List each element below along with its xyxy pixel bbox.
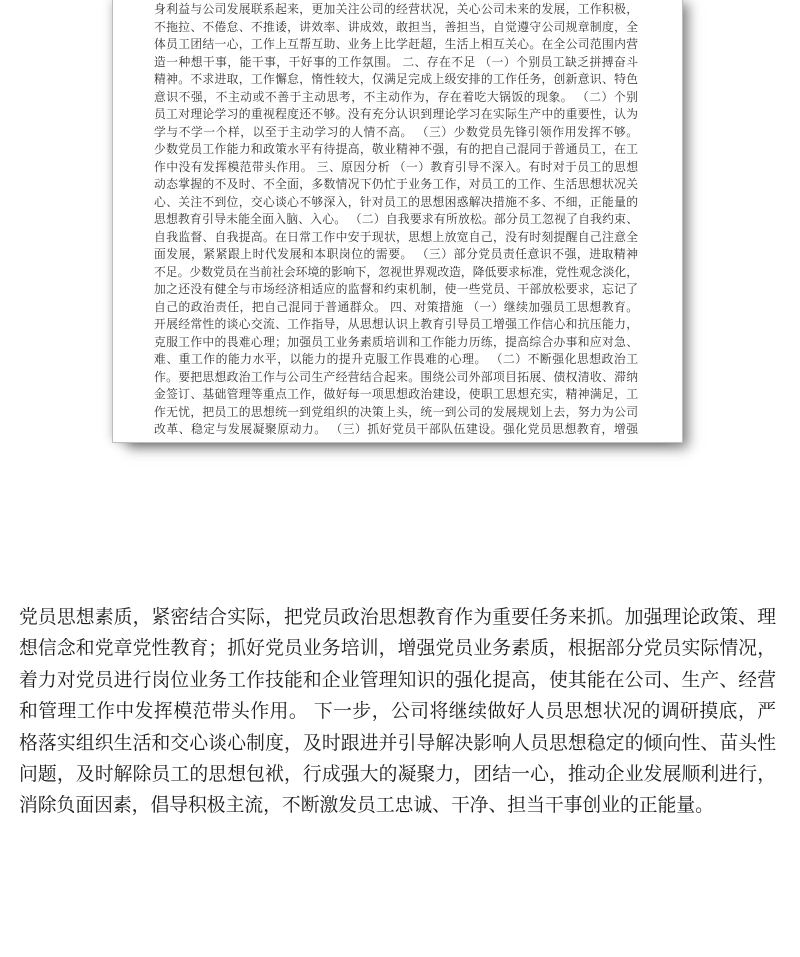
page-text-line: 思想教育引导未能全面入脑、入心。 （二）自我要求有所放松。部分员工忽视了自我约束… (154, 211, 638, 229)
body-text-line: 着力对党员进行岗位业务工作技能和企业管理知识的强化提高，使其能在公司、生产、经营 (19, 664, 776, 695)
body-text-line: 格落实组织生活和交心谈心制度，及时跟进并引导解决影响人员思想稳定的倾向性、苗头性 (19, 727, 776, 758)
page-text-line: 身利益与公司发展联系起来，更加关注公司的经营状况，关心公司未来的发展，工作积极， (154, 1, 638, 19)
page-text-line: 不拖拉、不倦怠、不推诿，讲效率、讲成效，敢担当，善担当，自觉遵守公司规章制度，全 (154, 19, 638, 37)
document-viewer: 身利益与公司发展联系起来，更加关注公司的经营状况，关心公司未来的发展，工作积极，… (0, 0, 800, 957)
page-text-line: 学与不学一个样，以至于主动学习的人情不高。 （三）少数党员先锋引领作用发挥不够。 (154, 124, 638, 142)
page-text-line: 心、关注不到位，交心谈心不够深入，针对员工的思想困惑解决措施不多、不细，正能量的 (154, 194, 638, 212)
page-text-line: 难、重工作的能力水平，以能力的提升克服工作畏难的心理。 （二）不断强化思想政治工 (154, 351, 638, 369)
page-text-line: 面发展，紧紧跟上时代发展和本职岗位的需要。 （三）部分党员责任意识不强，进取精神 (154, 246, 638, 264)
body-text-line: 消除负面因素，倡导积极主流，不断激发员工忠诚、干净、担当干事创业的正能量。 (19, 789, 776, 820)
page-text-line: 不足。少数党员在当前社会环境的影响下，忽视世界观改造，降低要求标准，党性观念淡化… (154, 264, 638, 282)
page-text-line: 自我监督、自我提高。在日常工作中安于现状，思想上放宽自己，没有时刻提醒自己注意全 (154, 229, 638, 247)
page-text-line: 少数党员工作能力和政策水平有待提高，敬业精神不强，有的把自己混同于普通员工，在工 (154, 141, 638, 159)
page-text-line: 自己的政治责任，把自己混同于普通群众。 四、对策措施 （一）继续加强员工思想教育… (154, 299, 638, 317)
document-body-text: 党员思想素质，紧密结合实际，把党员政治思想教育作为重要任务来抓。加强理论政策、理… (19, 601, 776, 821)
page-text-line: 改革、稳定与发展凝聚原动力。 （三）抓好党员干部队伍建设。强化党员思想教育，增强 (154, 421, 638, 439)
body-text-line: 和管理工作中发挥模范带头作用。 下一步，公司将继续做好人员思想状况的调研摸底，严 (19, 695, 776, 726)
page-text-line: 作无忧，把员工的思想统一到党组织的决策上头，统一到公司的发展规划上去，努力为公司 (154, 404, 638, 422)
document-page-preview: 身利益与公司发展联系起来，更加关注公司的经营状况，关心公司未来的发展，工作积极，… (112, 0, 683, 443)
page-text-line: 员工对理论学习的重视程度还不够。没有充分认识到理论学习在实际生产中的重要性，认为 (154, 106, 638, 124)
body-text-line: 问题，及时解除员工的思想包袱，行成强大的凝聚力，团结一心，推动企业发展顺利进行， (19, 758, 776, 789)
page-text-line: 作中没有发挥模范带头作用。 三、原因分析 （一）教育引导不深入。有时对于员工的思… (154, 159, 638, 177)
page-text-line: 动态掌握的不及时、不全面，多数情况下仍忙于业务工作，对员工的工作、生活思想状况关 (154, 176, 638, 194)
page-text-line: 金签订、基础管理等重点工作，做好每一项思想政治建设，使职工思想充实，精神满足，工 (154, 386, 638, 404)
page-text-line: 作。要把思想政治工作与公司生产经营结合起来。围绕公司外部项目拓展、债权清收、滞纳 (154, 369, 638, 387)
body-text-line: 想信念和党章党性教育；抓好党员业务培训，增强党员业务素质，根据部分党员实际情况， (19, 632, 776, 663)
page-text-line: 开展经常性的谈心交流、工作指导，从思想认识上教育引导员工增强工作信心和抗压能力， (154, 316, 638, 334)
page-text-line: 体员工团结一心，工作上互帮互助、业务上比学赶超，生活上相互关心。在全公司范围内营 (154, 36, 638, 54)
page-text-line: 造一种想干事，能干事，干好事的工作氛围。 二、存在不足 （一）个别员工缺乏拼搏奋… (154, 54, 638, 72)
page-text-line: 意识不强，不主动或不善于主动思考，不主动作为，存在着吃大锅饭的现象。 （二）个别 (154, 89, 638, 107)
page-text-line: 加之还没有健全与市场经济相适应的监督和约束机制，使一些党员、干部放松要求，忘记了 (154, 281, 638, 299)
body-text-line: 党员思想素质，紧密结合实际，把党员政治思想教育作为重要任务来抓。加强理论政策、理 (19, 601, 776, 632)
page-text-line: 精神。不求进取，工作懈怠，惰性较大，仅满足完成上级安排的工作任务，创新意识、特色 (154, 71, 638, 89)
page-text-block: 身利益与公司发展联系起来，更加关注公司的经营状况，关心公司未来的发展，工作积极，… (154, 1, 638, 439)
page-text-line: 克服工作中的畏难心理；加强员工业务素质培训和工作能力历练，提高综合办事和应对急、 (154, 334, 638, 352)
